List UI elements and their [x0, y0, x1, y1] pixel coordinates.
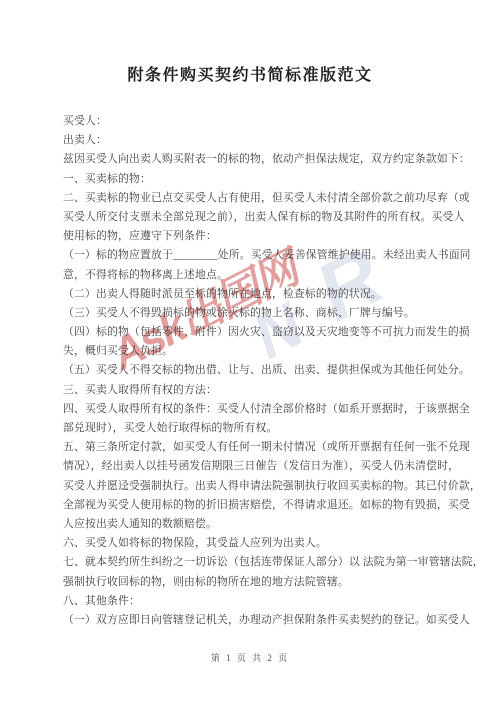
document-line: （三）买受人不得毁损标的物或涂灭标的物上名称、商标、厂牌与编号。	[63, 304, 463, 323]
document-line: 部兑现时），买受人始行取得标的物所有权。	[63, 419, 463, 438]
document-line: 人应按出卖人通知的数额赔偿。	[63, 515, 463, 534]
document-line: 强制执行收回标的物，则由标的物所在地的地方法院管辖。	[63, 573, 463, 592]
document-line: 失，概归买受人负担。	[63, 342, 463, 361]
document-line: 三、买卖人取得所有权的方法：	[63, 381, 463, 400]
document-line: 一、买卖标的物：	[63, 170, 463, 189]
document-line: （二）出卖人得随时派员至标的物所在地点，检查标的物的状况。	[63, 285, 463, 304]
document-line: 使用标的物，应遵守下列条件：	[63, 227, 463, 246]
document-line: 全部视为买受人使用标的物的折旧损害赔偿，不得请求退还。如标的物有毁损，买受	[63, 496, 463, 515]
document-line: （一）双方应即日向管辖登记机关，办理动产担保附条件买卖契约的登记。如买受人	[63, 611, 463, 630]
document-line: （四）标的物（包括零件、附件）因火灾、盗窃以及天灾地变等不可抗力而发生的损	[63, 323, 463, 342]
document-body: 买受人：出卖人：兹因买受人向出卖人购买附表一的标的物，依动产担保法规定，双方约定…	[63, 112, 463, 630]
document-line: （五）买受人不得交标的物出借、让与、出质、出卖、提供担保或为其他任何处分。	[63, 361, 463, 380]
document-line: 情况），经出卖人以挂号函发信期限三日催告（发信日为准），买受人仍未清偿时，	[63, 457, 463, 476]
document-title: 附条件购买契约书简标准版范文	[0, 62, 500, 85]
document-line: 兹因买受人向出卖人购买附表一的标的物，依动产担保法规定，双方约定条款如下：	[63, 150, 463, 169]
document-line: 买受人所交付支票未全部兑现之前），出卖人保有标的物及其附件的所有权。买受人	[63, 208, 463, 227]
document-line: （一）标的物应置放于________处所。买受人妥善保管维护使用。未经出卖人书面…	[63, 246, 463, 265]
document-line: 买受人：	[63, 112, 463, 131]
document-line: 买受人并愿迳受强制执行。出卖人得申请法院强制执行收回买卖标的物。其已付价款，	[63, 477, 463, 496]
document-line: 意，不得将标的物移离上述地点。	[63, 266, 463, 285]
document-line: 四、买受人取得所有权的条件：买受人付清全部价格时（如系开票据时，于该票据全	[63, 400, 463, 419]
document-line: 二、买卖标的物业已点交买受人占有使用，但买受人未付清全部价款之前功尽弃（或	[63, 189, 463, 208]
document-line: 六、买受人如将标的物保险，其受益人应列为出卖人。	[63, 534, 463, 553]
document-line: 八、其他条件：	[63, 592, 463, 611]
document-line: 出卖人：	[63, 131, 463, 150]
document-line: 五、第三条所定付款，如买受人有任何一期未付情况（或所开票据有任何一张不兑现	[63, 438, 463, 457]
document-line: 七、就本契约所生纠纷之一切诉讼（包括连带保证人部分）以 法院为第一审管辖法院，	[63, 553, 463, 572]
document-page: 附条件购买契约书简标准版范文 买受人：出卖人：兹因买受人向出卖人购买附表一的标的…	[0, 0, 500, 706]
page-number: 第 1 页 共 2 页	[0, 651, 500, 664]
